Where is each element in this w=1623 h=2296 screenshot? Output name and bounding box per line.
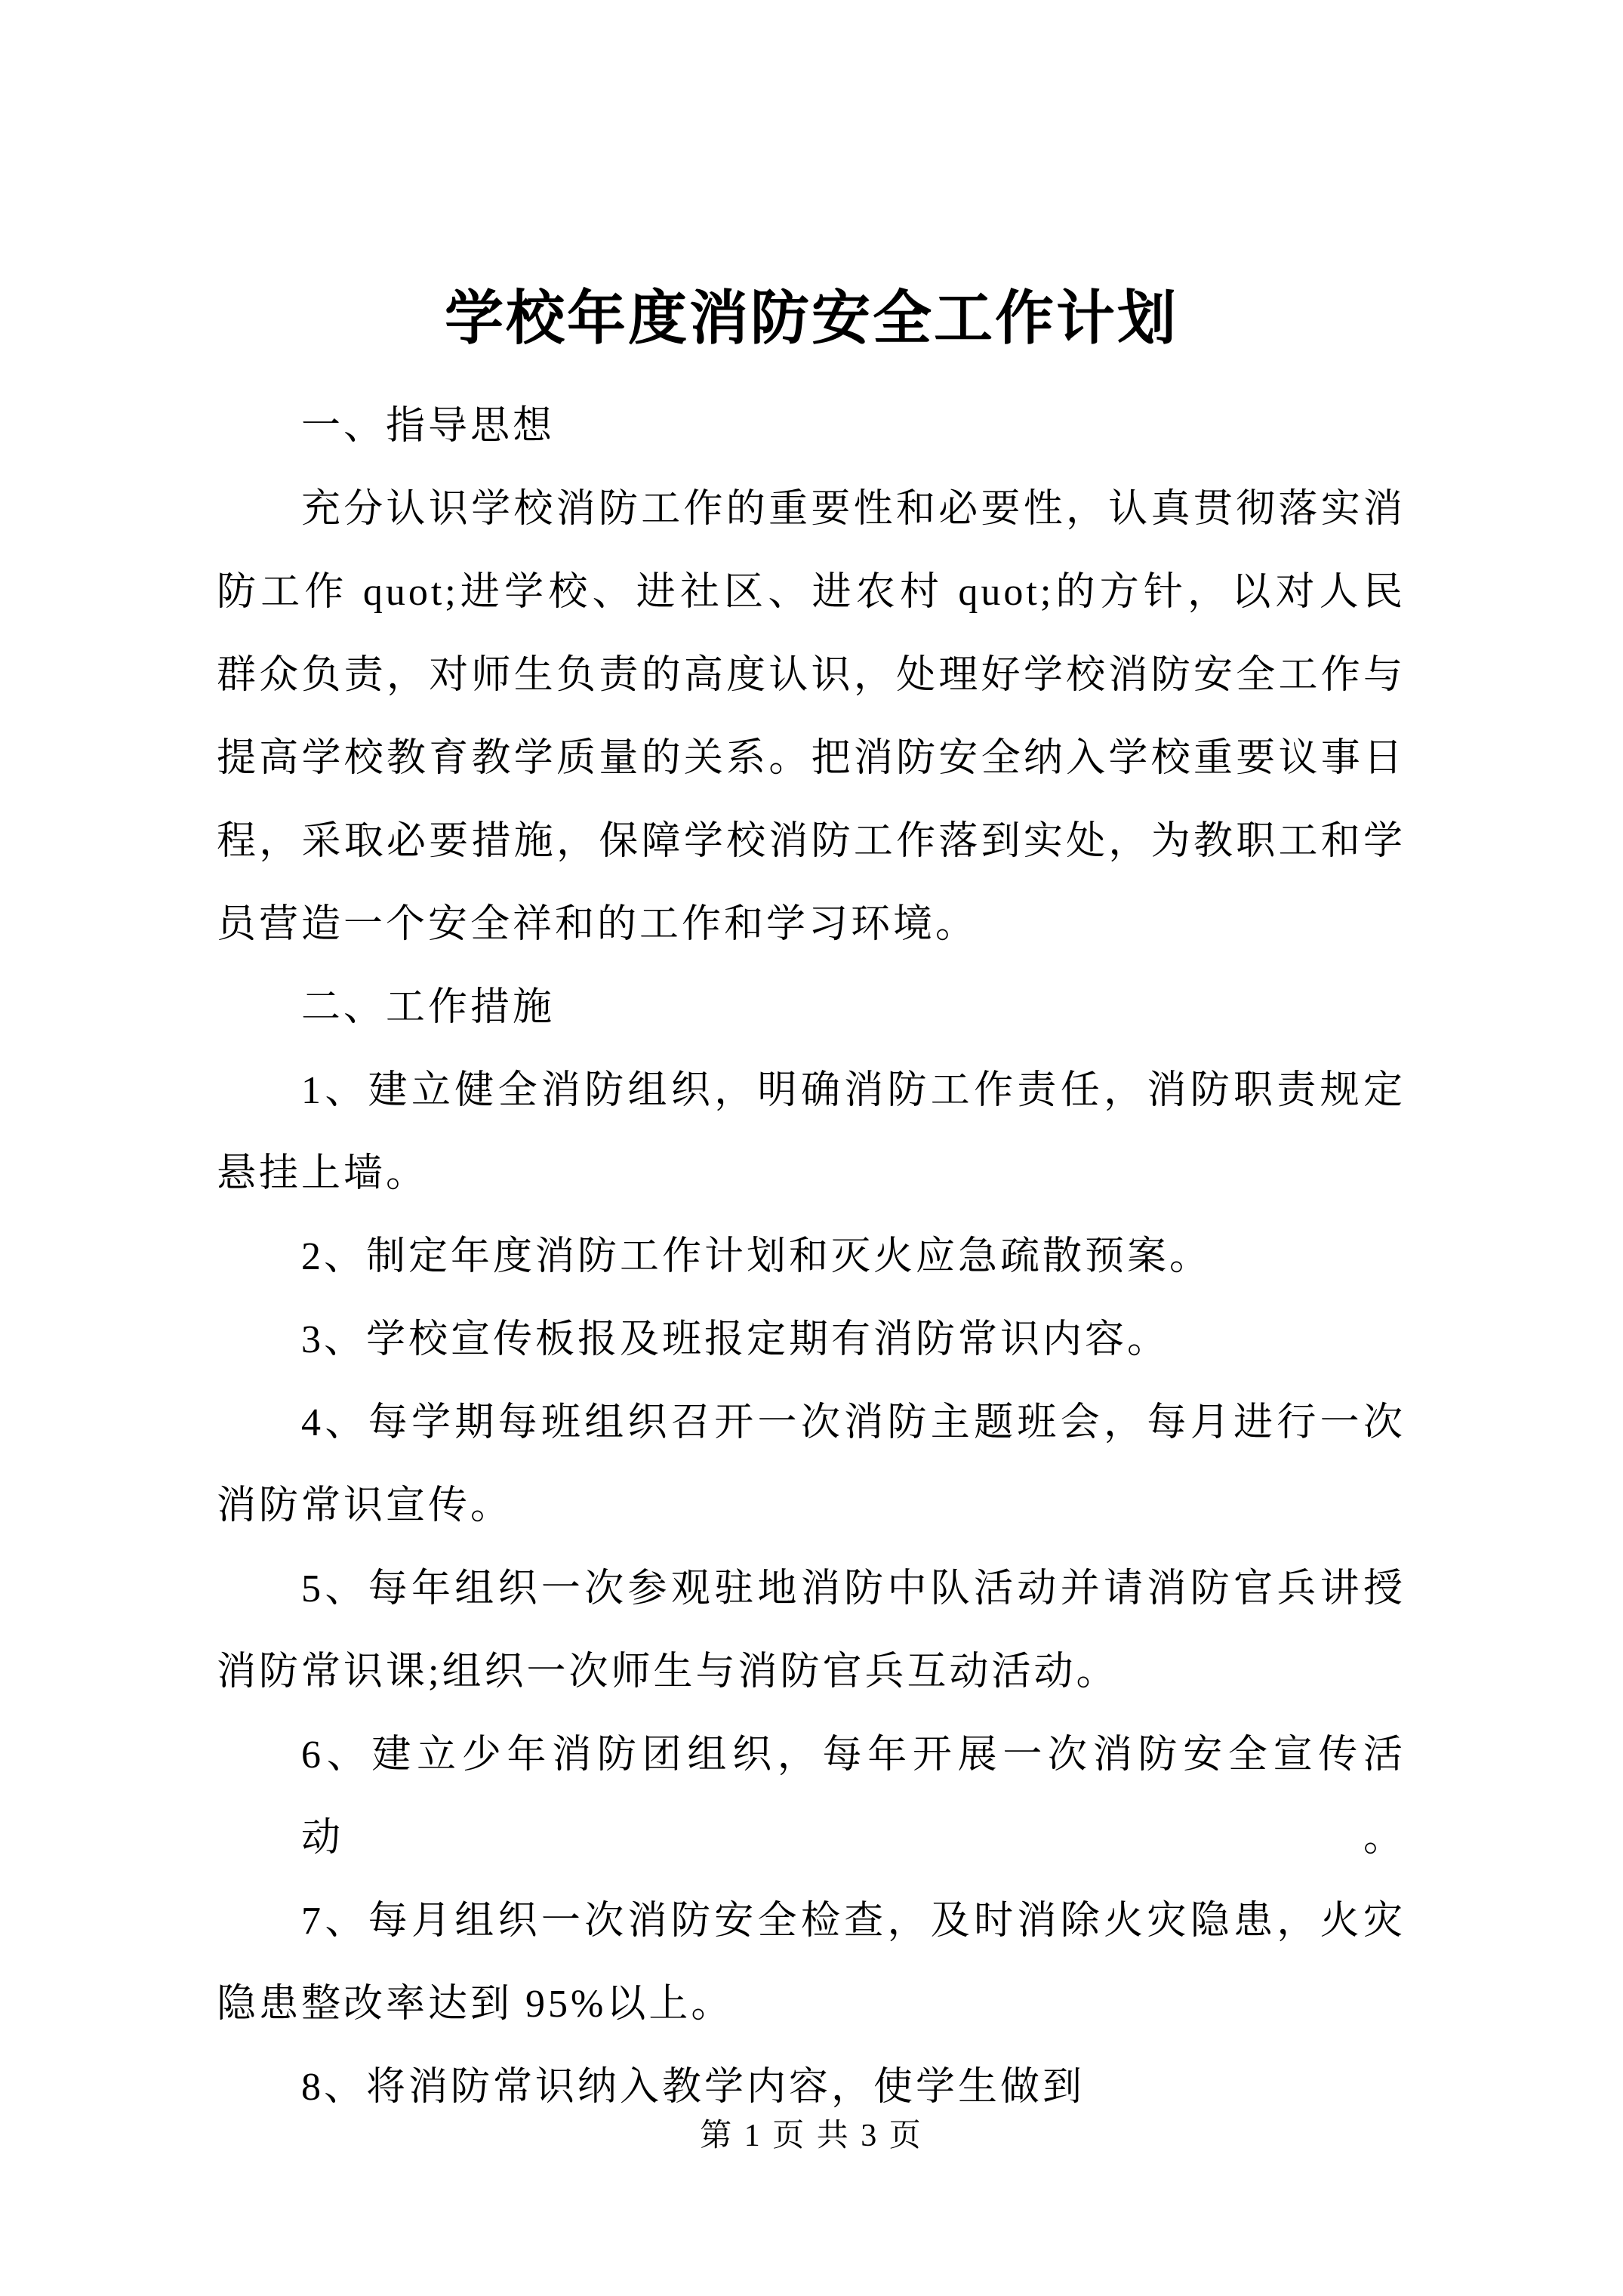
- text-line: 隐患整改率达到 95%以上。: [217, 1963, 1406, 2046]
- text-line: 消防常识宣传。: [217, 1465, 1406, 1548]
- text-line: 1、建立健全消防组织，明确消防工作责任，消防职责规定: [217, 1049, 1406, 1133]
- text-line: 群众负责，对师生负责的高度认识，处理好学校消防安全工作与: [217, 634, 1406, 717]
- text-line: 6、建立少年消防团组织，每年开展一次消防安全宣传活动。: [217, 1714, 1406, 1880]
- text-line: 员营造一个安全祥和的工作和学习环境。: [217, 883, 1406, 966]
- document-title: 学校年度消防安全工作计划: [0, 273, 1623, 364]
- text-line: 3、学校宣传板报及班报定期有消防常识内容。: [217, 1299, 1406, 1382]
- text-line: 充分认识学校消防工作的重要性和必要性，认真贯彻落实消: [217, 468, 1406, 551]
- text-line: 消防常识课;组织一次师生与消防官兵互动活动。: [217, 1631, 1406, 1714]
- page-footer: 第 1 页 共 3 页: [0, 2113, 1623, 2159]
- text-line: 7、每月组织一次消防安全检查，及时消除火灾隐患，火灾: [217, 1880, 1406, 1963]
- text-line: 悬挂上墙。: [217, 1133, 1406, 1216]
- text-line: 程，采取必要措施，保障学校消防工作落到实处，为教职工和学: [217, 800, 1406, 883]
- text-line: 提高学校教育教学质量的关系。把消防安全纳入学校重要议事日: [217, 717, 1406, 800]
- text-line: 4、每学期每班组织召开一次消防主题班会，每月进行一次: [217, 1382, 1406, 1465]
- document-page: 学校年度消防安全工作计划 一、指导思想充分认识学校消防工作的重要性和必要性，认真…: [0, 0, 1623, 2296]
- document-body: 一、指导思想充分认识学校消防工作的重要性和必要性，认真贯彻落实消防工作 quot…: [217, 385, 1406, 2129]
- text-line: 防工作 quot;进学校、进社区、进农村 quot;的方针，以对人民: [217, 551, 1406, 634]
- text-line: 2、制定年度消防工作计划和灭火应急疏散预案。: [217, 1216, 1406, 1299]
- text-line: 5、每年组织一次参观驻地消防中队活动并请消防官兵讲授: [217, 1548, 1406, 1631]
- page-number-label: 第 1 页 共 3 页: [700, 2119, 923, 2153]
- text-line: 二、工作措施: [217, 966, 1406, 1049]
- text-line: 一、指导思想: [217, 385, 1406, 468]
